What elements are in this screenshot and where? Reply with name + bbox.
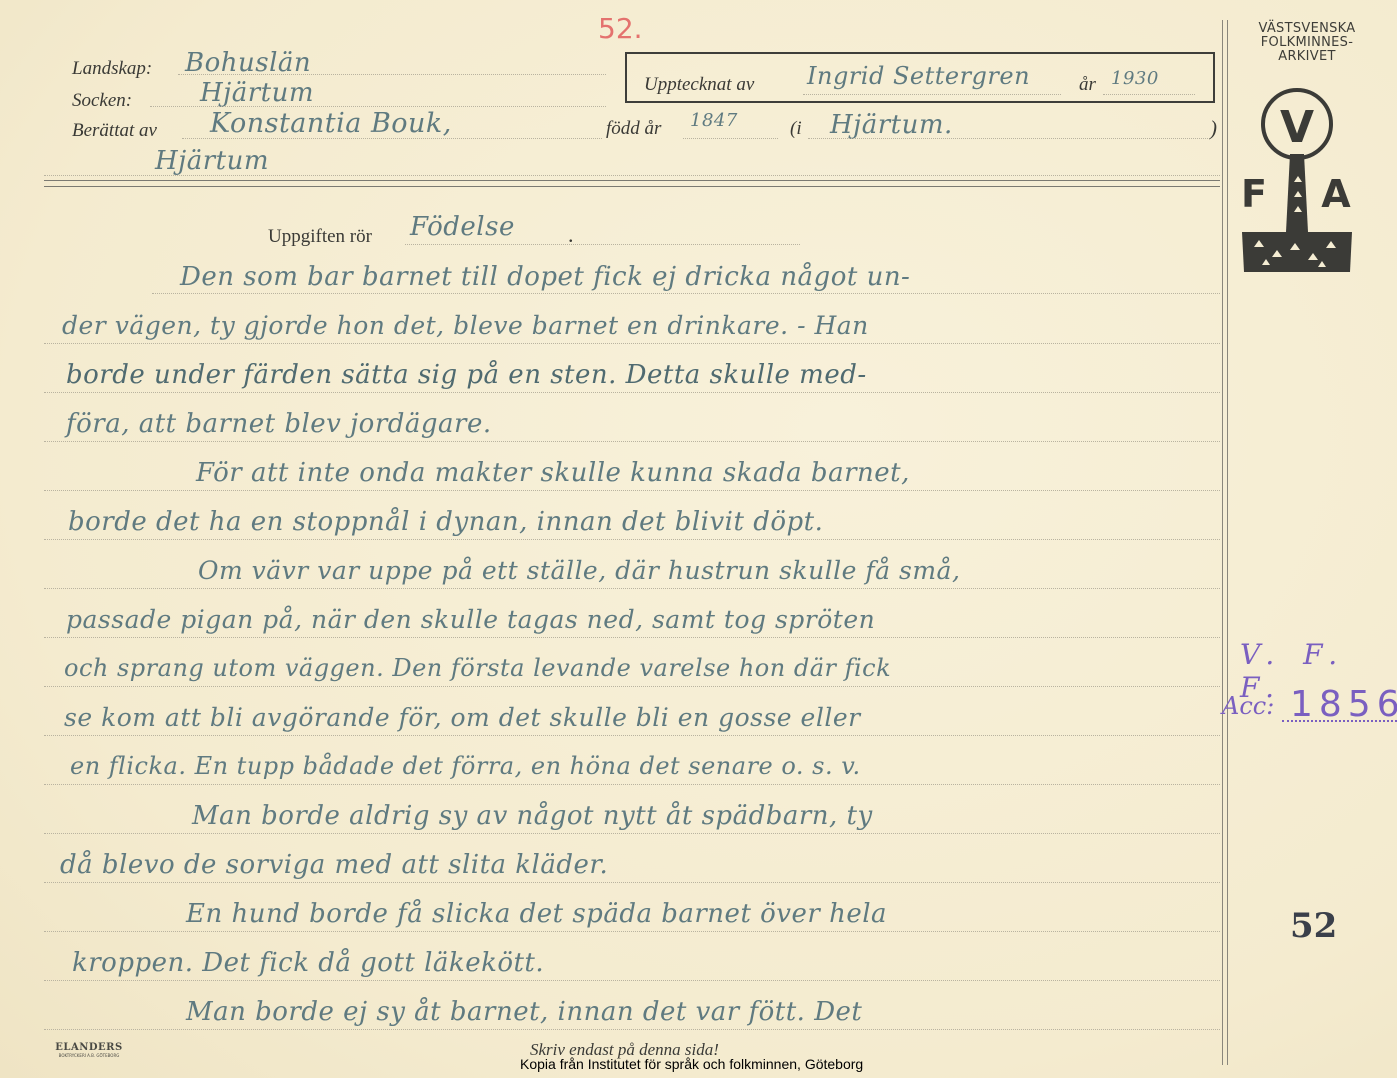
archive-title-line-1: VÄSTSVENSKA — [1232, 22, 1382, 36]
body-line-16: Man borde ej sy åt barnet, innan det var… — [186, 997, 862, 1027]
landskap-label: Landskap: — [72, 58, 152, 80]
header-dot-line — [44, 175, 1220, 176]
berattat-value-2: Hjärtum — [155, 146, 269, 176]
body-dot-line — [44, 931, 1220, 932]
body-line-2: der vägen, ty gjorde hon det, bleve barn… — [62, 311, 869, 340]
body-dot-line — [44, 637, 1220, 638]
body-line-6: borde det ha en stoppnål i dynan, innan … — [68, 507, 823, 537]
socken-value: Hjärtum — [200, 78, 314, 108]
margin-rule-left — [1222, 20, 1223, 1065]
body-dot-line — [44, 686, 1220, 687]
body-dot-line — [152, 293, 1220, 294]
body-line-5: För att inte onda makter skulle kunna sk… — [196, 458, 910, 488]
berattat-line — [182, 138, 602, 139]
fodd-place-line — [808, 138, 1208, 139]
upptecknat-value: Ingrid Settergren — [807, 62, 1030, 90]
body-dot-line — [44, 980, 1220, 981]
printer-mark: ELANDERS BOKTRYCKERI A.B. GÖTEBORG — [44, 1042, 134, 1058]
body-dot-line — [44, 392, 1220, 393]
upptecknat-line — [803, 94, 1061, 95]
body-line-3: borde under färden sätta sig på en sten.… — [66, 360, 867, 390]
printer-sub: BOKTRYCKERI A.B. GÖTEBORG — [44, 1053, 134, 1058]
socken-line — [150, 106, 606, 107]
stamp-underline — [1282, 720, 1397, 722]
document-page: 52. Landskap: Bohuslän Socken: Hjärtum B… — [0, 0, 1397, 1078]
body-dot-line — [44, 882, 1220, 883]
archive-logo-icon: V F A — [1232, 82, 1362, 277]
header-rule-bottom — [44, 186, 1220, 187]
body-line-14: En hund borde få slicka det späda barnet… — [186, 899, 887, 929]
body-line-11: en flicka. En tupp bådade det förra, en … — [70, 752, 861, 780]
ar-value: 1930 — [1111, 68, 1159, 89]
body-line-9: och sprang utom väggen. Den första levan… — [64, 654, 891, 682]
body-dot-line — [44, 833, 1220, 834]
footer-copy-notice: Kopia från Institutet för språk och folk… — [520, 1056, 863, 1072]
stamp-acc-number: 1856 — [1290, 684, 1397, 725]
ar-label: år — [1079, 74, 1096, 96]
body-line-1: Den som bar barnet till dopet fick ej dr… — [180, 262, 910, 292]
page-number: 52 — [1290, 906, 1337, 946]
fodd-place: Hjärtum. — [830, 110, 953, 140]
upptecknat-box: Upptecknat av Ingrid Settergren år 1930 — [625, 52, 1215, 103]
landskap-line — [178, 74, 606, 75]
body-dot-line — [44, 588, 1220, 589]
body-dot-line — [44, 735, 1220, 736]
ar-line — [1103, 94, 1195, 95]
margin-rule-right — [1227, 20, 1228, 1065]
upptecknat-label: Upptecknat av — [644, 74, 754, 96]
topic-line — [405, 244, 800, 245]
svg-text:A: A — [1321, 172, 1351, 216]
fodd-place-close: ) — [1210, 116, 1217, 141]
printer-name: ELANDERS — [44, 1042, 134, 1053]
body-dot-line — [44, 490, 1220, 491]
socken-label: Socken: — [72, 90, 132, 112]
body-dot-line — [44, 784, 1220, 785]
fodd-line — [683, 138, 778, 139]
fodd-label: född år — [606, 118, 661, 140]
body-dot-line — [44, 539, 1220, 540]
archive-title-line-3: ARKIVET — [1232, 50, 1382, 64]
svg-text:V: V — [1280, 102, 1314, 153]
body-dot-line — [44, 1029, 1220, 1030]
fodd-value: 1847 — [690, 110, 738, 131]
body-line-4: föra, att barnet blev jordägare. — [66, 409, 492, 439]
body-line-8: passade pigan på, när den skulle tagas n… — [66, 605, 875, 634]
body-dot-line — [44, 441, 1220, 442]
berattat-label: Berättat av — [72, 120, 157, 142]
body-line-7: Om vävr var uppe på ett ställe, där hust… — [198, 556, 960, 585]
archive-title: VÄSTSVENSKA FOLKMINNES- ARKIVET — [1232, 22, 1382, 64]
stamp-acc-label: Acc: — [1222, 692, 1274, 720]
berattat-value: Konstantia Bouk, — [210, 108, 452, 139]
topic-label: Uppgiften rör — [268, 226, 372, 248]
body-line-10: se kom att bli avgörande för, om det sku… — [64, 703, 861, 732]
svg-text:F: F — [1241, 172, 1267, 216]
body-line-13: då blevo de sorviga med att slita kläder… — [60, 850, 608, 880]
body-dot-line — [44, 343, 1220, 344]
header-rule-top — [44, 180, 1220, 181]
body-line-12: Man borde aldrig sy av något nytt åt spä… — [192, 801, 873, 831]
body-line-15: kroppen. Det fick då gott läkekött. — [72, 948, 544, 978]
topic-value: Födelse — [410, 212, 515, 242]
fodd-place-open: (i — [790, 118, 802, 140]
archive-title-line-2: FOLKMINNES- — [1232, 36, 1382, 50]
page-mark: 52. — [598, 12, 643, 45]
